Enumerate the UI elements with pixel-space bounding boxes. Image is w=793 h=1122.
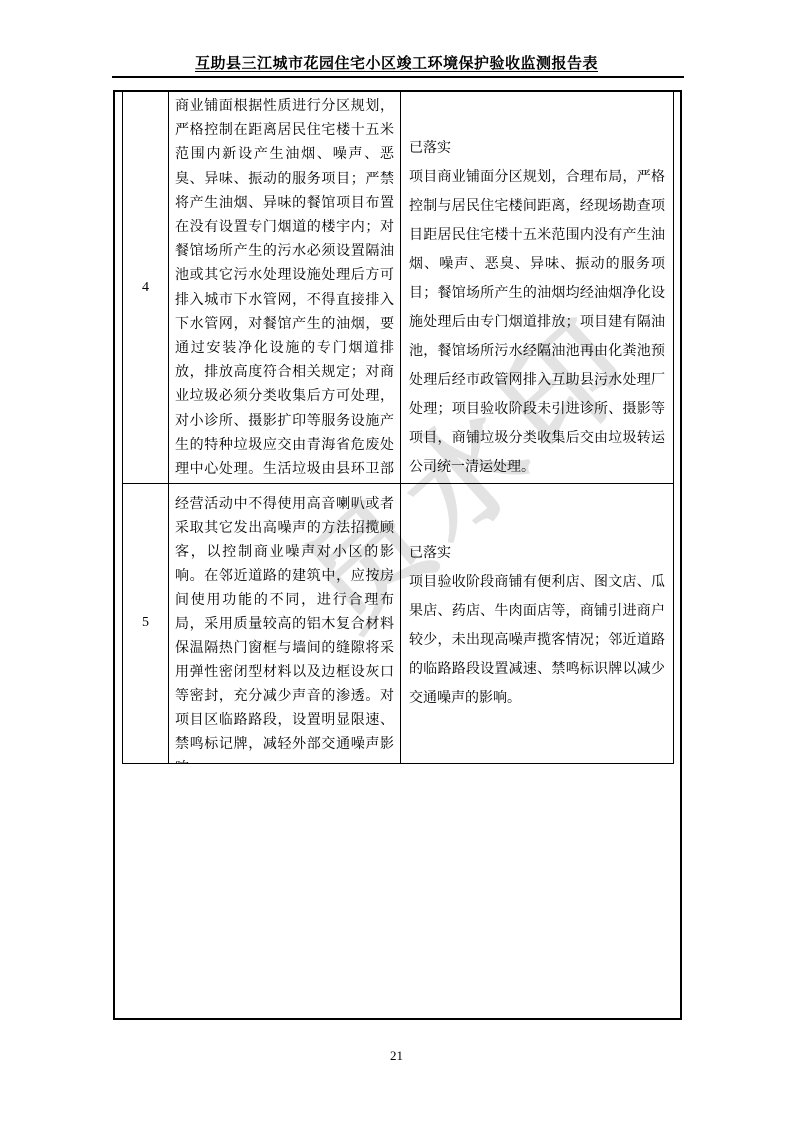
requirement-text-cell: 商业铺面根据性质进行分区规划，严格控制在距离居民住宅楼十五米范围内新设产生油烟、… [169, 92, 400, 483]
implementation-status-cell: 已落实 项目商业铺面分区规划，合理布局，严格控制与居民住宅楼间距离，经现场勘查项… [401, 92, 673, 483]
compliance-table: 4 商业铺面根据性质进行分区规划，严格控制在距离居民住宅楼十五米范围内新设产生油… [113, 90, 682, 1020]
page-number: 21 [0, 1048, 793, 1064]
status-detail: 项目验收阶段商铺有便利店、图文店、瓜果店、药店、牛肉面店等，商铺引进商户较少，未… [409, 568, 665, 713]
row-number-cell: 5 [122, 483, 169, 763]
header-divider [112, 76, 684, 78]
implementation-status-cell: 已落实 项目验收阶段商铺有便利店、图文店、瓜果店、药店、牛肉面店等，商铺引进商户… [401, 483, 673, 763]
document-title: 互助县三江城市花园住宅小区竣工环境保护验收监测报告表 [0, 52, 793, 73]
requirement-text-cell: 经营活动中不得使用高音喇叭或者采取其它发出高噪声的方法招揽顾客，以控制商业噪声对… [169, 483, 400, 763]
status-label: 已落实 [409, 539, 665, 568]
row-number-cell: 4 [122, 92, 169, 483]
status-detail: 项目商业铺面分区规划，合理布局，严格控制与居民住宅楼间距离，经现场勘查项目距居民… [409, 163, 665, 482]
table-gridline [673, 92, 674, 763]
table-gridline [122, 763, 674, 764]
status-label: 已落实 [409, 134, 665, 163]
document-page: 互助县三江城市花园住宅小区竣工环境保护验收监测报告表 员水印 4 商业铺面根据性… [0, 0, 793, 1122]
